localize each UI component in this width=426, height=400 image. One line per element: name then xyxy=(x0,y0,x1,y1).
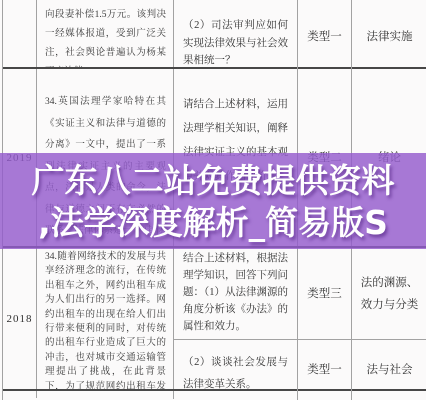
question-cell xyxy=(174,391,298,399)
table-row: 向段妻补偿1.5万元。该判决一经媒体报道，受到广泛关注，社会舆论普遍认为杨某不应… xyxy=(3,0,426,69)
question-group: 结合上述材料，根据法理学知识，回答下列问题：（1）从法律渊源的角度分析该《办法》… xyxy=(174,248,426,389)
table-row: 2018 34.随着网络技术的发展与共享经济理念的流行，在传统出租车之外，网约出… xyxy=(3,248,426,391)
question-cell: 结合上述材料，根据法理学知识，回答下列问题：（1）从法律渊源的角度分析该《办法》… xyxy=(174,248,298,339)
banner-text-line1: 广东八二站免费提供资料 xyxy=(32,160,395,201)
table-row xyxy=(3,391,426,398)
scanned-exam-table-page: 向段妻补偿1.5万元。该判决一经媒体报道，受到广泛关注，社会舆论普遍认为杨某不应… xyxy=(0,0,426,400)
question-subrow: 结合上述材料，根据法理学知识，回答下列问题：（1）从法律渊源的角度分析该《办法》… xyxy=(174,248,426,340)
topic-cell: 法的渊源、效力与分类 xyxy=(352,248,426,339)
topic-cell: 法律实施 xyxy=(352,0,426,74)
banner-text-line2: ,法学深度解析_简易版S xyxy=(38,202,388,243)
watermark-banner: 广东八二站免费提供资料 ,法学深度解析_简易版S xyxy=(0,153,426,249)
material-cell: 34.随着网络技术的发展与共享经济理念的流行，在传统出租车之外，网约出租车成为人… xyxy=(37,248,174,389)
year-cell: 2018 xyxy=(3,248,37,389)
material-cell xyxy=(37,391,174,399)
question-group: （2）司法审判应如何实现法律效果与社会效果相统一？ 类型一 法律实施 xyxy=(174,0,426,67)
question-subrow: （2）司法审判应如何实现法律效果与社会效果相统一？ 类型一 法律实施 xyxy=(174,0,426,74)
question-cell: （2）司法审判应如何实现法律效果与社会效果相统一？ xyxy=(174,0,298,74)
year-cell xyxy=(3,391,37,398)
type-cell: 类型一 xyxy=(298,0,352,74)
type-cell xyxy=(298,391,352,398)
material-cell: 向段妻补偿1.5万元。该判决一经媒体报道，受到广泛关注，社会舆论普遍认为杨某不应… xyxy=(37,0,174,67)
type-cell: 类型三 xyxy=(298,248,352,339)
year-cell xyxy=(3,0,37,67)
topic-cell xyxy=(352,391,426,398)
